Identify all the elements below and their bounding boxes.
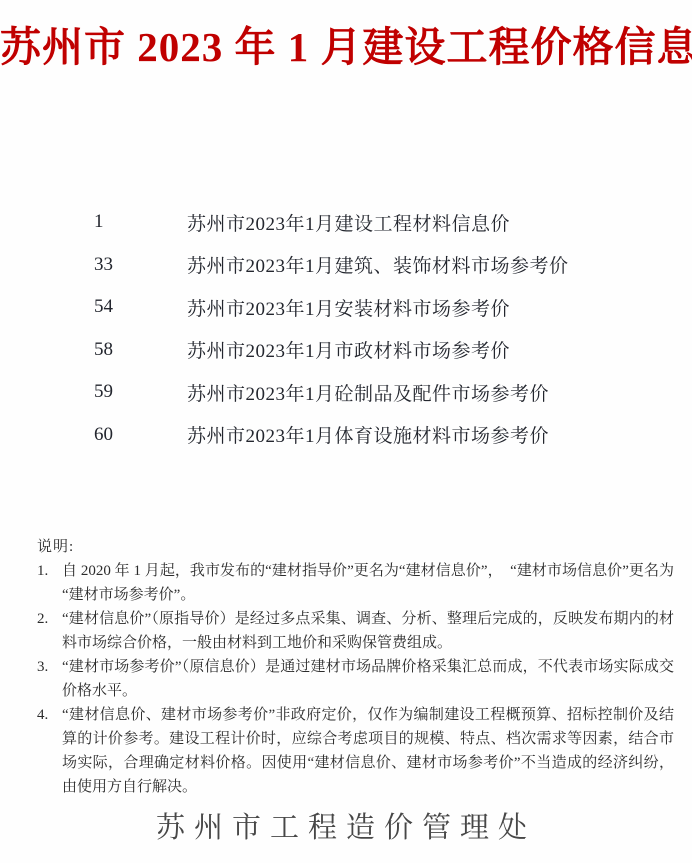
toc-page-number: 58 (94, 339, 187, 361)
note-text: 自 2020 年 1 月起，我市发布的“建材指导价”更名为“建材信息价”， “建… (62, 559, 674, 607)
toc-entry-title: 苏州市2023年1月体育设施材料市场参考价 (187, 421, 672, 448)
note-number: 4. (37, 703, 62, 799)
toc-entry-title: 苏州市2023年1月建筑、装饰材料市场参考价 (187, 251, 672, 278)
note-item: 1. 自 2020 年 1 月起，我市发布的“建材指导价”更名为“建材信息价”，… (37, 559, 674, 607)
notes-section: 说明: 1. 自 2020 年 1 月起，我市发布的“建材指导价”更名为“建材信… (37, 535, 674, 799)
footer-organization: 苏州市工程造价管理处 (0, 805, 692, 851)
note-item: 3. “建材市场参考价”（原信息价）是通过建材市场品牌价格采集汇总而成，不代表市… (37, 655, 674, 703)
note-number: 3. (37, 655, 62, 703)
note-text: “建材市场参考价”（原信息价）是通过建材市场品牌价格采集汇总而成，不代表市场实际… (62, 655, 674, 703)
toc-entry-title: 苏州市2023年1月安装材料市场参考价 (187, 294, 672, 321)
toc-entry: 54 苏州市2023年1月安装材料市场参考价 (94, 286, 672, 329)
toc-entry: 58 苏州市2023年1月市政材料市场参考价 (94, 329, 672, 372)
note-text: “建材信息价、建材市场参考价”非政府定价，仅作为编制建设工程概预算、招标控制价及… (62, 703, 674, 799)
toc-page-number: 60 (94, 424, 187, 446)
table-of-contents: 1 苏州市2023年1月建设工程材料信息价 33 苏州市2023年1月建筑、装饰… (94, 201, 672, 456)
note-text: “建材信息价”（原指导价）是经过多点采集、调查、分析、整理后完成的，反映发布期内… (62, 607, 674, 655)
note-item: 2. “建材信息价”（原指导价）是经过多点采集、调查、分析、整理后完成的，反映发… (37, 607, 674, 655)
page-title: 苏州市 2023 年 1 月建设工程价格信息 (0, 18, 692, 76)
toc-entry-title: 苏州市2023年1月市政材料市场参考价 (187, 336, 672, 363)
toc-page-number: 1 (94, 211, 187, 233)
toc-page-number: 54 (94, 296, 187, 318)
toc-entry: 59 苏州市2023年1月砼制品及配件市场参考价 (94, 371, 672, 414)
note-number: 1. (37, 559, 62, 607)
toc-entry: 33 苏州市2023年1月建筑、装饰材料市场参考价 (94, 244, 672, 287)
toc-page-number: 33 (94, 254, 187, 276)
note-item: 4. “建材信息价、建材市场参考价”非政府定价，仅作为编制建设工程概预算、招标控… (37, 703, 674, 799)
toc-page-number: 59 (94, 381, 187, 403)
notes-heading: 说明: (37, 535, 674, 559)
toc-entry-title: 苏州市2023年1月建设工程材料信息价 (187, 209, 672, 236)
toc-entry: 1 苏州市2023年1月建设工程材料信息价 (94, 201, 672, 244)
note-number: 2. (37, 607, 62, 655)
document-page: 苏州市 2023 年 1 月建设工程价格信息 1 苏州市2023年1月建设工程材… (0, 0, 692, 863)
toc-entry: 60 苏州市2023年1月体育设施材料市场参考价 (94, 414, 672, 457)
toc-entry-title: 苏州市2023年1月砼制品及配件市场参考价 (187, 379, 672, 406)
